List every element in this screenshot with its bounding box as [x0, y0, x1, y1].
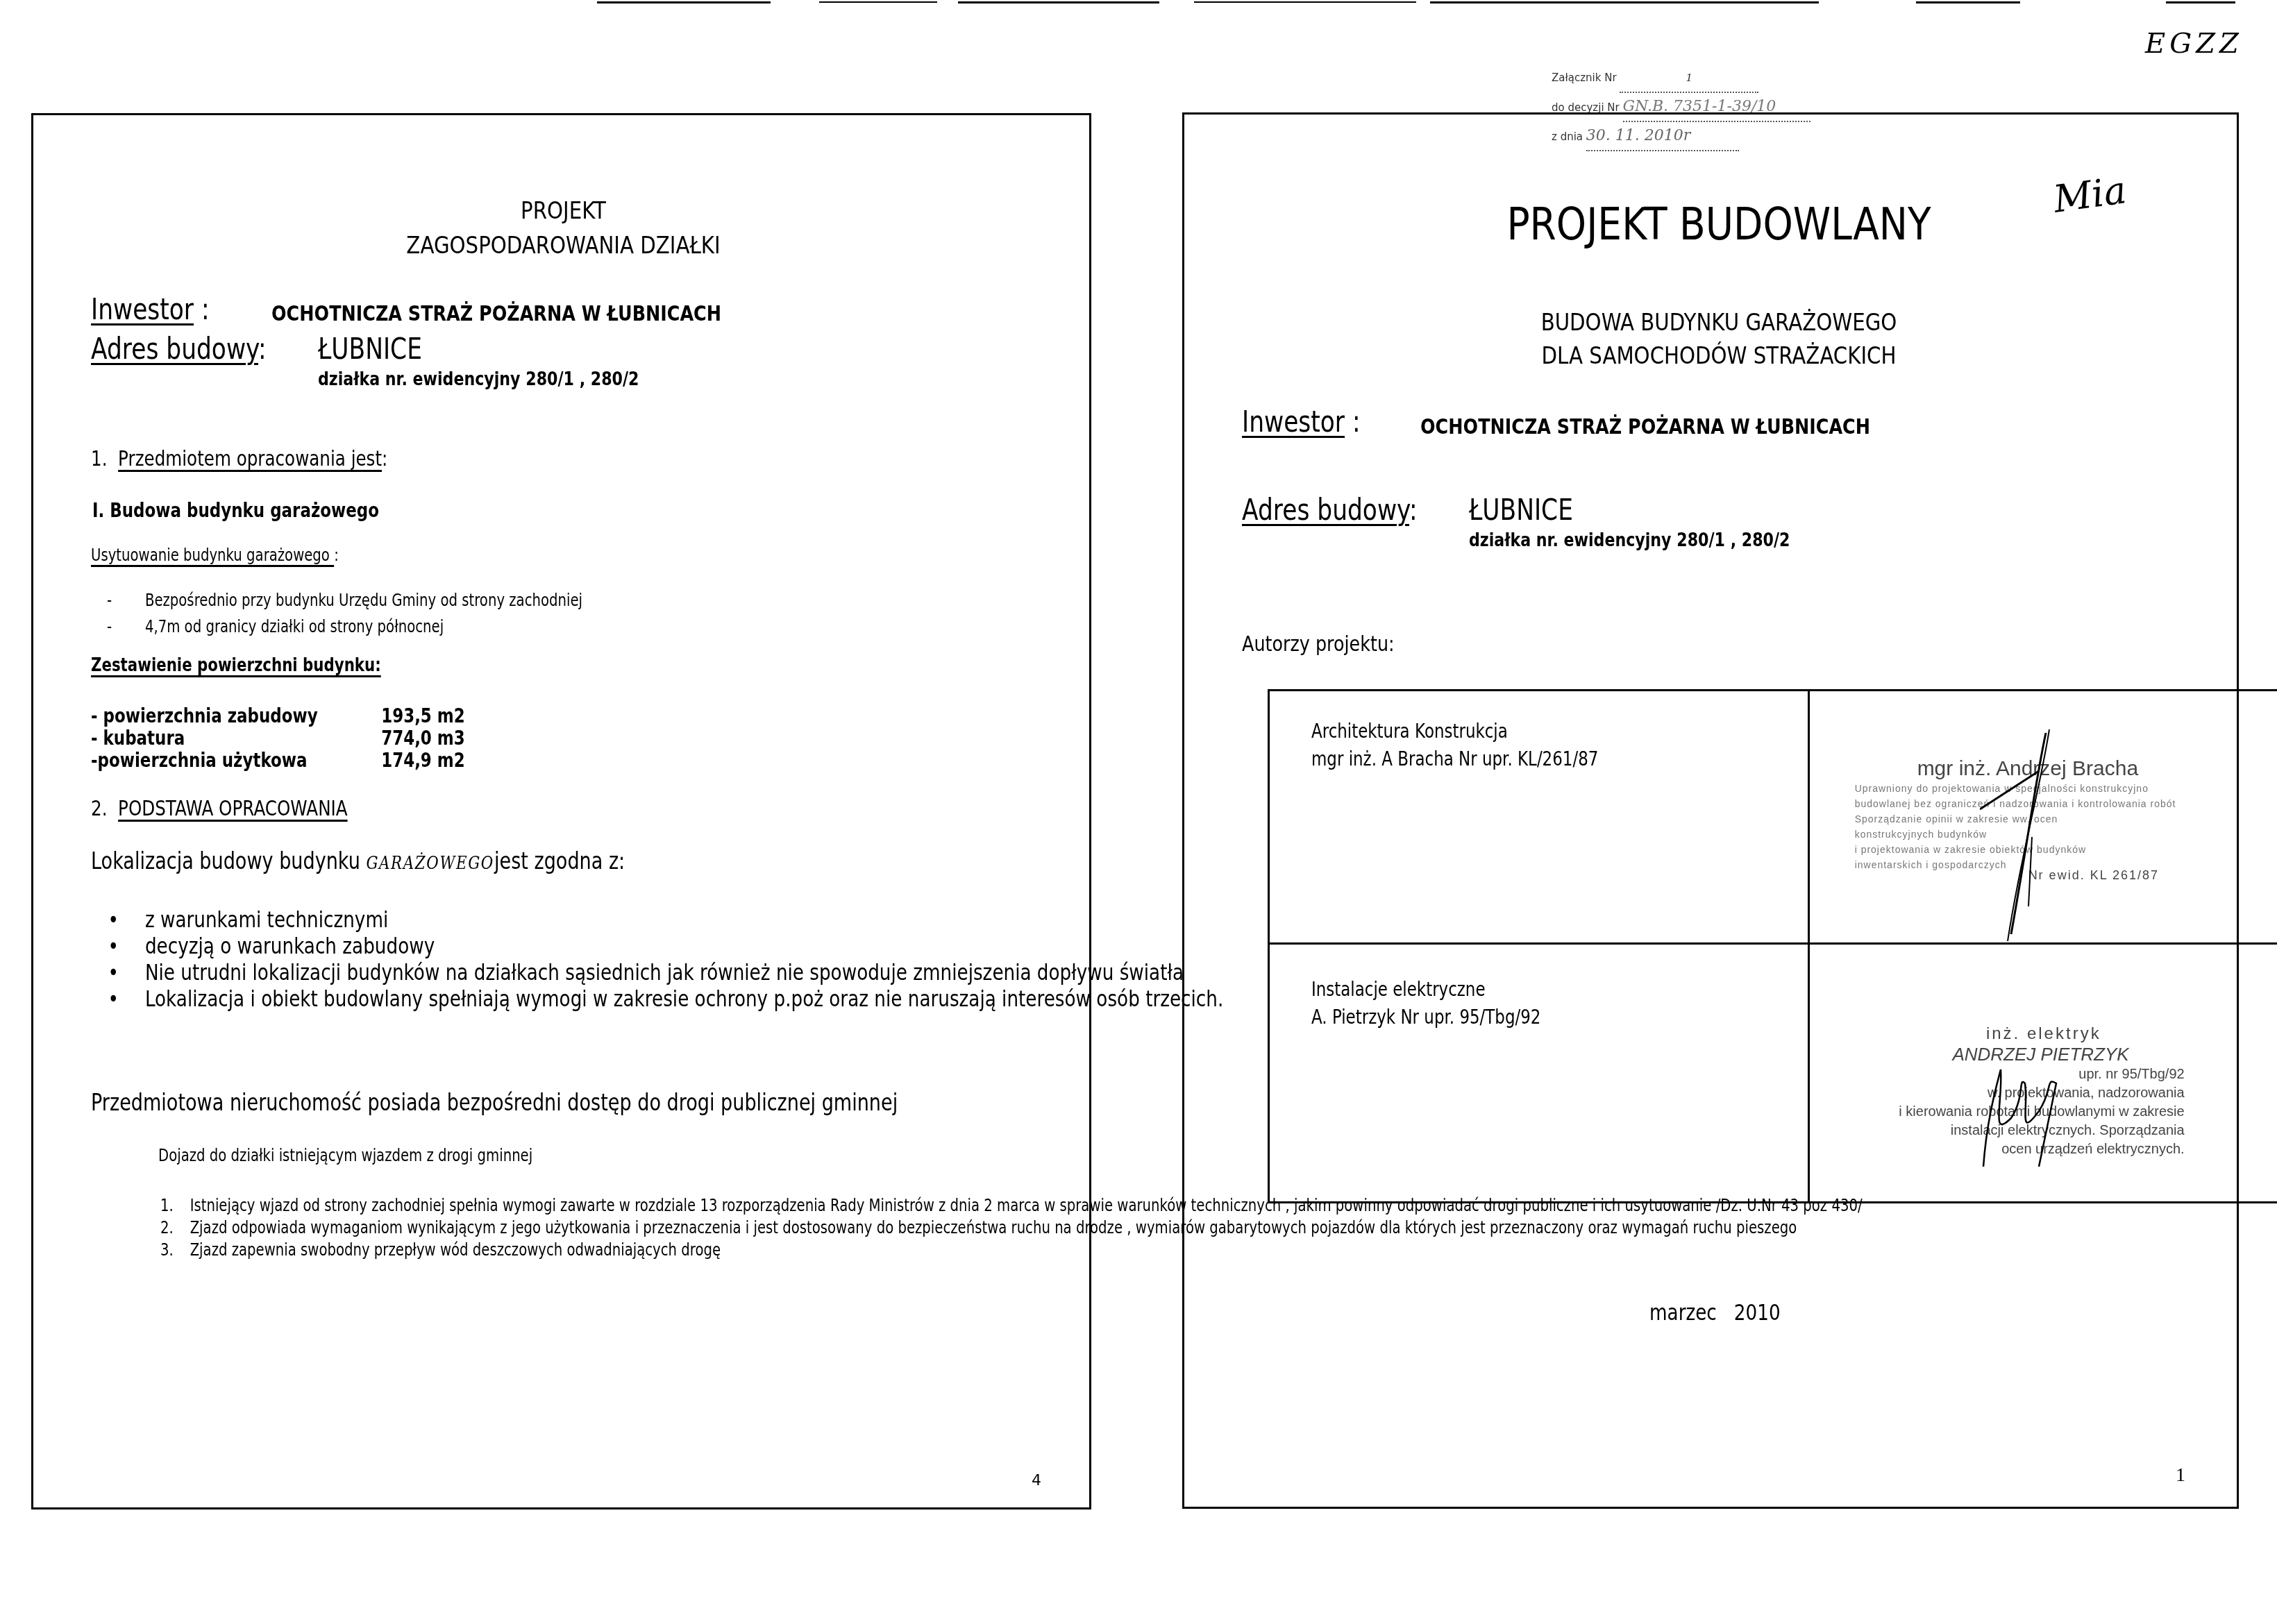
location-heading-text: Usytuowanie budynku garażowego [91, 545, 334, 565]
attachment-line1: Załącznik Nr 1 [1552, 64, 1810, 93]
section1-title: Przedmiotem opracowania jest [118, 447, 382, 471]
right-investor-label: Inwestor [1242, 405, 1345, 439]
subsection-title: I. Budowa budynku garażowego [92, 499, 379, 522]
right-subtitle-line1: BUDOWA BUDYNKU GARAŻOWEGO [1259, 309, 2178, 337]
section2-heading: 2. PODSTAWA OPRACOWANIA [91, 797, 348, 821]
author-person: mgr inż. A Bracha Nr upr. KL/261/87 [1311, 745, 1718, 773]
area-value: 174,9 m2 [381, 749, 465, 772]
right-address-label: Adres budowy [1242, 493, 1409, 527]
author-stamp-cell: mgr inż. Andrzej Bracha Uprawniony do pr… [1808, 691, 2277, 944]
right-subtitle-line2: DLA SAMOCHODÓW STRAŻACKICH [1259, 342, 2178, 370]
right-investor-sep: : [1352, 405, 1361, 439]
left-address-value: ŁUBNICE [318, 332, 422, 366]
area-label: -powierzchnia użytkowa [91, 750, 381, 772]
driveway-item: 2.Zjazd odpowiada wymaganiom wynikającym… [160, 1217, 981, 1239]
driveway-intro: Dojazd do działki istniejącym wjazdem z … [158, 1146, 532, 1165]
area-label: - kubatura [91, 727, 381, 750]
driveway-item: 1.Istniejący wjazd od strony zachodniej … [160, 1194, 981, 1217]
right-investor-value: OCHOTNICZA STRAŻ POŻARNA W ŁUBNICACH [1420, 414, 1870, 439]
right-plot-line: działka nr. ewidencyjny 280/1 , 280/2 [1469, 530, 1790, 551]
area-row: - kubatura774,0 m3 [91, 727, 465, 750]
investor-label: Inwestor [91, 292, 194, 326]
left-address-row: Adres budowy: [91, 332, 305, 366]
authors-row-electrical: Instalacje elektryczne A. Pietrzyk Nr up… [1269, 944, 2277, 1203]
area-row: -powierzchnia użytkowa174,9 m2 [91, 750, 465, 772]
location-item: 4,7m od granicy działki od strony północ… [91, 614, 888, 640]
section1-number: 1. [91, 447, 107, 471]
scan-artifact-line [958, 1, 1159, 3]
left-page: PROJEKT ZAGOSPODAROWANIA DZIAŁKI Inwesto… [31, 113, 1091, 1509]
left-investor-value: OCHOTNICZA STRAŻ POŻARNA W ŁUBNICACH [271, 301, 721, 326]
right-page: PROJEKT BUDOWLANY Mia BUDOWA BUDYNKU GAR… [1182, 112, 2239, 1509]
signature-bracha [1980, 726, 2063, 948]
scan-artifact-line [1194, 1, 1416, 3]
authors-label: Autorzy projektu: [1242, 632, 1395, 657]
left-investor-row: Inwestor : [91, 292, 235, 326]
compliance-item: z warunkami technicznymi [91, 906, 902, 933]
author-discipline: Architektura Konstrukcja [1311, 718, 1718, 745]
section1-heading: 1. Przedmiotem opracowania jest: [91, 447, 387, 471]
area-row: - powierzchnia zabudowy193,5 m2 [91, 705, 465, 727]
right-title: PROJEKT BUDOWLANY [1259, 199, 2178, 251]
address-label: Adres budowy [91, 332, 258, 366]
location-list: Bezpośrednio przy budynku Urzędu Gminy o… [91, 587, 888, 640]
driveway-list: 1.Istniejący wjazd od strony zachodniej … [160, 1194, 1071, 1261]
section2-number: 2. [91, 797, 107, 821]
section1-colon: : [382, 447, 387, 471]
stamp-title: inż. elektryk [1879, 1024, 2101, 1044]
right-address-row: Adres budowy: [1242, 493, 1456, 527]
left-title-line2: ZAGOSPODAROWANIA DZIAŁKI [108, 232, 1019, 260]
scan-artifact-line [819, 1, 937, 3]
areas-heading: Zestawienie powierzchni budynku: [91, 655, 381, 676]
authors-table: Architektura Konstrukcja mgr inż. A Brac… [1268, 689, 2277, 1203]
author-info-cell: Instalacje elektryczne A. Pietrzyk Nr up… [1269, 944, 1809, 1203]
right-investor-row: Inwestor : [1242, 405, 1386, 439]
right-page-number: 1 [2176, 1464, 2185, 1487]
left-page-number: 4 [1032, 1472, 1041, 1489]
left-plot-line: działka nr. ewidencyjny 280/1 , 280/2 [318, 369, 639, 390]
compliance-intro: Lokalizacja budowy budynku GARAŻOWEGOjes… [91, 847, 625, 874]
compliance-suffix: jest zgodna z: [494, 847, 625, 874]
areas-table: - powierzchnia zabudowy193,5 m2- kubatur… [91, 705, 547, 772]
right-address-sep: : [1409, 493, 1418, 527]
compliance-item: Lokalizacja i obiekt budowlany spełniają… [91, 986, 902, 1012]
road-access-text: Przedmiotowa nieruchomość posiada bezpoś… [91, 1089, 898, 1116]
right-address-value: ŁUBNICE [1469, 493, 1573, 527]
area-value: 193,5 m2 [381, 704, 465, 727]
compliance-prefix: Lokalizacja budowy budynku [91, 847, 366, 874]
address-sep: : [258, 332, 267, 366]
right-date: marzec 2010 [1649, 1299, 1781, 1326]
author-discipline: Instalacje elektryczne [1311, 976, 1718, 1004]
signature-pietrzyk [1969, 1056, 2087, 1174]
author-person: A. Pietrzyk Nr upr. 95/Tbg/92 [1311, 1004, 1718, 1031]
location-heading: Usytuowanie budynku garażowego : [91, 545, 339, 565]
compliance-item: decyzją o warunkach zabudowy [91, 933, 902, 959]
author-info-cell: Architektura Konstrukcja mgr inż. A Brac… [1269, 691, 1809, 944]
scan-artifact-line [1916, 1, 2020, 3]
driveway-item-number: 2. [160, 1217, 174, 1239]
left-title-line1: PROJEKT [108, 197, 1019, 225]
scan-artifact-line [1430, 1, 1819, 3]
location-colon: : [334, 545, 339, 565]
scan-artifact-line [2166, 1, 2235, 3]
area-label: - powierzchnia zabudowy [91, 705, 381, 727]
investor-sep: : [201, 292, 210, 326]
compliance-list: z warunkami technicznymidecyzją o warunk… [91, 906, 991, 1012]
section2-title: PODSTAWA OPRACOWANIA [118, 797, 348, 821]
handwritten-insert: GARAŻOWEGO [366, 853, 494, 874]
corner-code: EGZZ [2145, 28, 2243, 60]
location-item: Bezpośrednio przy budynku Urzędu Gminy o… [91, 587, 888, 614]
author-stamp-cell: inż. elektryk ANDRZEJ PIETRZYK upr. nr 9… [1808, 944, 2277, 1203]
driveway-item-number: 1. [160, 1194, 174, 1217]
area-value: 774,0 m3 [381, 727, 465, 750]
driveway-item: 3.Zjazd zapewnia swobodny przepływ wód d… [160, 1239, 981, 1261]
driveway-item-text: Zjazd zapewnia swobodny przepływ wód des… [190, 1240, 721, 1260]
attachment-number: 1 [1620, 64, 1758, 93]
scan-artifact-line [597, 1, 771, 3]
driveway-item-number: 3. [160, 1239, 174, 1261]
compliance-item: Nie utrudni lokalizacji budynków na dzia… [91, 959, 902, 986]
authors-row-architecture: Architektura Konstrukcja mgr inż. A Brac… [1269, 691, 2277, 944]
